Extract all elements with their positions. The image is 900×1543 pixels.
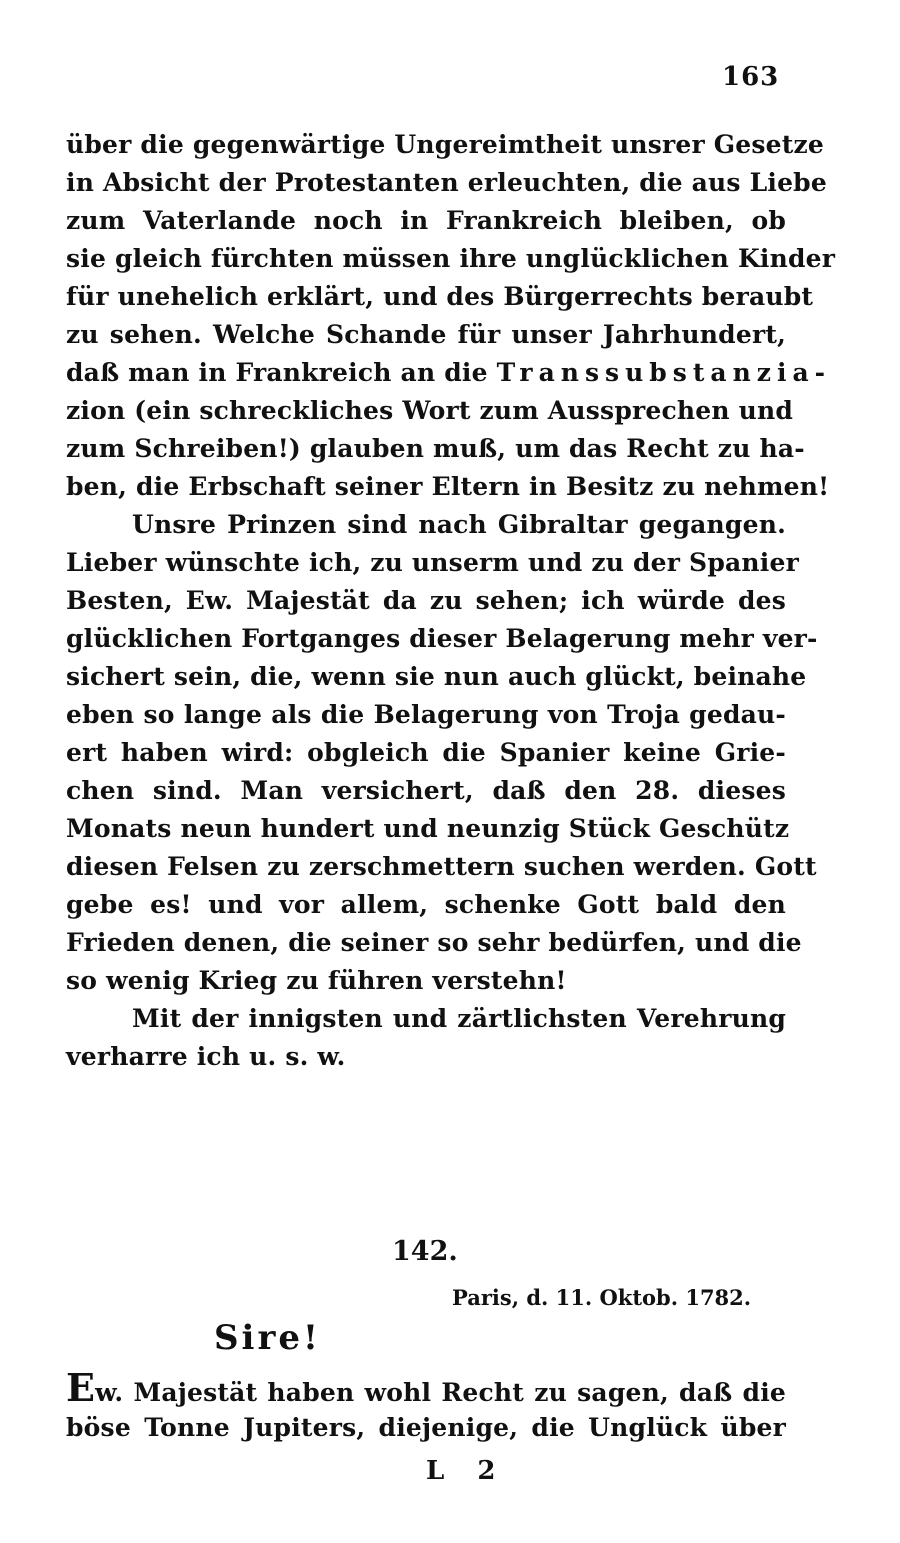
text-line: sichert sein, die, wenn sie nun auch glü… [66, 658, 786, 696]
text-line: zu sehen. Welche Schande für unser Jahrh… [66, 316, 786, 354]
text-fragment: w. Majestät haben wohl Recht zu sagen, d… [95, 1378, 786, 1407]
spaced-emphasis-word: Transsubstanzia- [497, 358, 831, 387]
text-line: daß man in Frankreich an die Transsubsta… [66, 354, 786, 392]
letter-142-body: Ew. Majestät haben wohl Recht zu sagen, … [66, 1368, 786, 1448]
text-line: über die gegenwärtige Ungereimtheit unsr… [66, 126, 786, 164]
letter-salutation: Sire! [214, 1318, 321, 1358]
text-line: so wenig Krieg zu führen verstehn! [66, 962, 786, 1000]
paragraph-start-line: Unsre Prinzen sind nach Gibraltar gegang… [66, 506, 786, 544]
text-line: diesen Felsen zu zerschmettern suchen we… [66, 848, 786, 886]
text-line: sie gleich fürchten müssen ihre unglückl… [66, 240, 786, 278]
text-line: chen sind. Man versichert, daß den 28. d… [66, 772, 786, 810]
text-line: gebe es! und vor allem, schenke Gott bal… [66, 886, 786, 924]
text-line: zum Vaterlande noch in Frankreich bleibe… [66, 202, 786, 240]
page-number: 163 [722, 62, 779, 92]
text-line: eben so lange als die Belagerung von Tro… [66, 696, 786, 734]
text-line: böse Tonne Jupiters, diejenige, die Ungl… [66, 1408, 786, 1448]
text-fragment: daß man in Frankreich an die [66, 358, 488, 387]
text-line: Besten, Ew. Majestät da zu sehen; ich wü… [66, 582, 786, 620]
text-line: glücklichen Fortganges dieser Belagerung… [66, 620, 786, 658]
printer-signature-mark: L 2 [426, 1456, 507, 1486]
text-line: zum Schreiben!) glauben muß, um das Rech… [66, 430, 786, 468]
text-line: Frieden denen, die seiner so sehr bedürf… [66, 924, 786, 962]
text-line: in Absicht der Protestanten erleuchten, … [66, 164, 786, 202]
closing-formula-line: verharre ich u. s. w. [66, 1038, 786, 1076]
letter-number-heading: 142. [392, 1236, 458, 1267]
letter-141-body: über die gegenwärtige Ungereimtheit unsr… [66, 126, 786, 1076]
letter-dateline: Paris, d. 11. Oktob. 1782. [452, 1285, 751, 1310]
initial-capital: E [66, 1365, 95, 1410]
text-line: Ew. Majestät haben wohl Recht zu sagen, … [66, 1368, 786, 1408]
text-line: Lieber wünschte ich, zu unserm und zu de… [66, 544, 786, 582]
text-line: für unehelich erklärt, und des Bürgerrec… [66, 278, 786, 316]
text-line: zion (ein schreckliches Wort zum Ausspre… [66, 392, 786, 430]
closing-formula-line: Mit der innigsten und zärtlichsten Vereh… [66, 1000, 786, 1038]
text-line: ben, die Erbschaft seiner Eltern in Besi… [66, 468, 786, 506]
text-line: Monats neun hundert und neunzig Stück Ge… [66, 810, 786, 848]
text-line: ert haben wird: obgleich die Spanier kei… [66, 734, 786, 772]
